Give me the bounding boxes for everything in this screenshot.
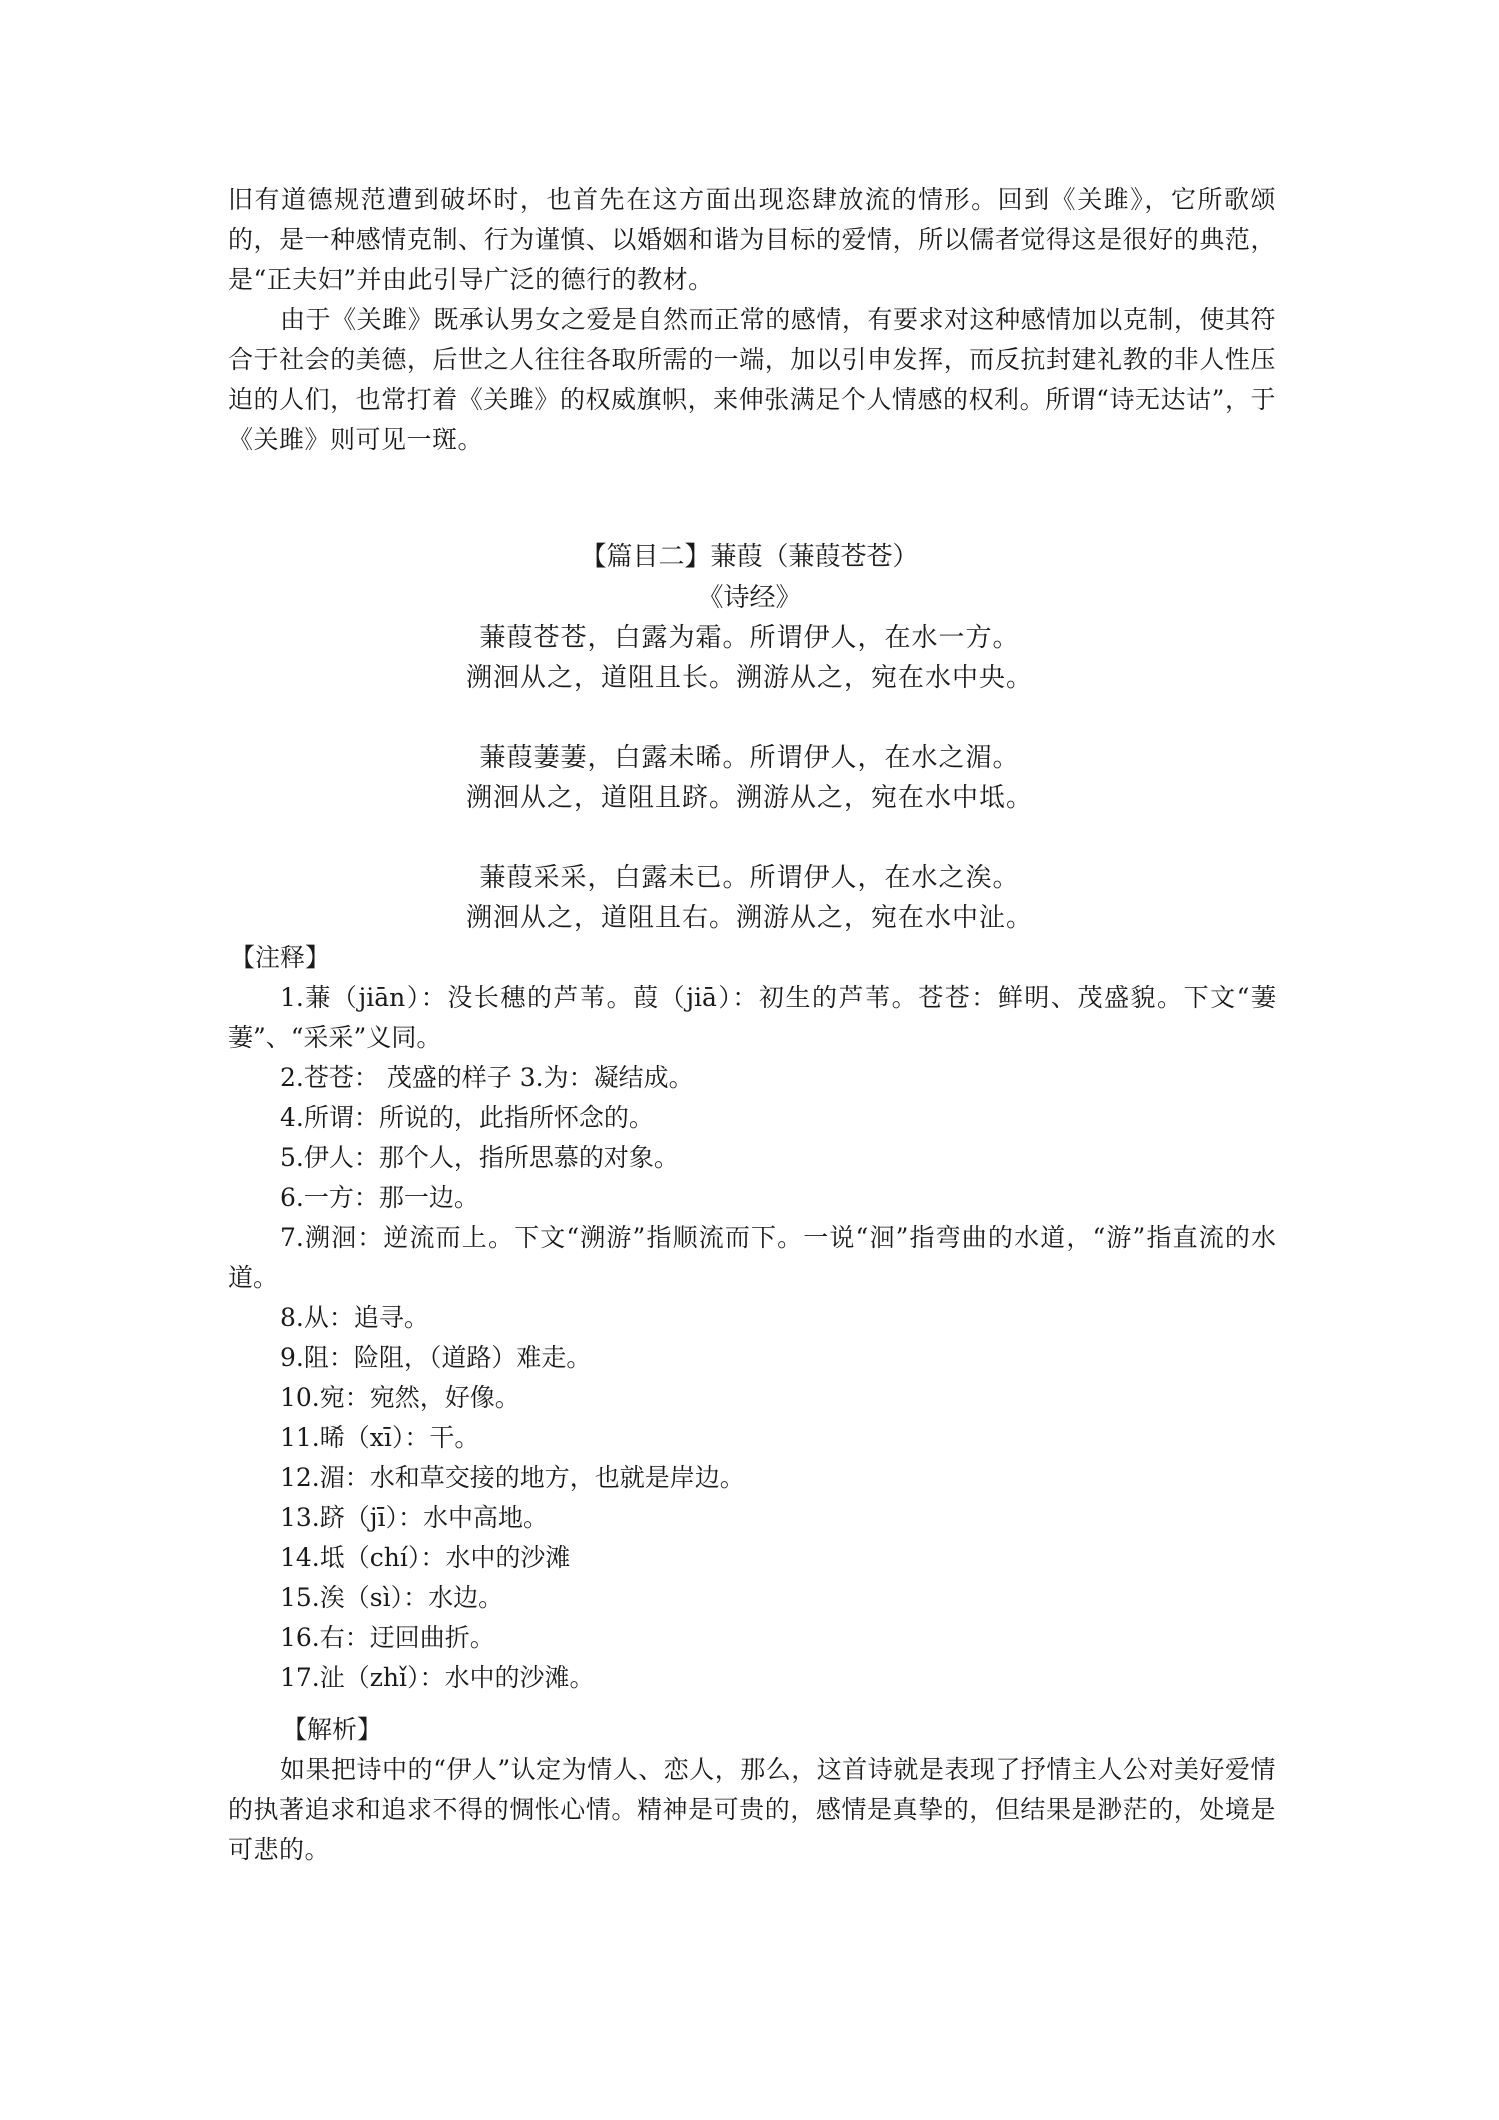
poem-line: 蒹葭采采，白露未已。所谓伊人，在水之涘。 bbox=[0, 858, 1499, 898]
poem-line: 溯洄从之，道阻且跻。溯游从之，宛在水中坻。 bbox=[0, 778, 1499, 818]
poem-line: 蒹葭苍苍，白露为霜。所谓伊人，在水一方。 bbox=[0, 618, 1499, 658]
note-item: 2.苍苍： 茂盛的样子 3.为：凝结成。 bbox=[280, 1058, 694, 1098]
poem-line: 溯洄从之，道阻且长。溯游从之，宛在水中央。 bbox=[0, 658, 1499, 698]
note-item: 6.一方：那一边。 bbox=[280, 1178, 479, 1218]
intro-paragraph-2: 由于《关雎》既承认男女之爱是自然而正常的感情，有要求对这种感情加以克制，使其符合… bbox=[228, 300, 1276, 460]
note-item: 5.伊人：那个人，指所思慕的对象。 bbox=[280, 1138, 679, 1178]
note-item: 11.晞（xī）：干。 bbox=[280, 1418, 479, 1458]
note-item: 16.右：迂回曲折。 bbox=[280, 1618, 495, 1658]
note-item: 4.所谓：所说的，此指所怀念的。 bbox=[280, 1098, 654, 1138]
intro-paragraph-1: 旧有道德规范遭到破坏时，也首先在这方面出现恣肆放流的情形。回到《关雎》，它所歌颂… bbox=[228, 180, 1276, 300]
analysis-paragraph: 如果把诗中的“伊人”认定为情人、恋人，那么，这首诗就是表现了抒情主人公对美好爱情… bbox=[228, 1750, 1276, 1870]
analysis-heading: 【解析】 bbox=[282, 1710, 382, 1750]
poem-title: 【篇目二】蒹葭（蒹葭苍苍） bbox=[0, 537, 1499, 577]
note-item: 17.沚（zhǐ）：水中的沙滩。 bbox=[280, 1658, 595, 1698]
note-item: 8.从：追寻。 bbox=[280, 1298, 429, 1338]
note-item: 1.蒹（jiān）：没长穗的芦苇。葭（jiā）：初生的芦苇。苍苍：鲜明、茂盛貌。… bbox=[228, 978, 1276, 1058]
note-item: 12.湄：水和草交接的地方，也就是岸边。 bbox=[280, 1458, 745, 1498]
poem-line: 蒹葭萋萋，白露未晞。所谓伊人，在水之湄。 bbox=[0, 738, 1499, 778]
note-item: 7.溯洄：逆流而上。下文“溯游”指顺流而下。一说“洄”指弯曲的水道，“游”指直流… bbox=[228, 1218, 1276, 1298]
note-item: 13.跻（jī）：水中高地。 bbox=[280, 1498, 548, 1538]
poem-line: 溯洄从之，道阻且右。溯游从之，宛在水中沚。 bbox=[0, 898, 1499, 938]
notes-heading: 【注释】 bbox=[230, 938, 330, 978]
note-item: 14.坻（chí）：水中的沙滩 bbox=[280, 1538, 570, 1578]
note-item: 15.涘（sì）：水边。 bbox=[280, 1578, 503, 1618]
document-page: 旧有道德规范遭到破坏时，也首先在这方面出现恣肆放流的情形。回到《关雎》，它所歌颂… bbox=[0, 0, 1499, 2120]
note-item: 10.宛：宛然，好像。 bbox=[280, 1378, 520, 1418]
poem-source: 《诗经》 bbox=[0, 578, 1499, 618]
note-item: 9.阻：险阻，（道路）难走。 bbox=[280, 1338, 591, 1378]
